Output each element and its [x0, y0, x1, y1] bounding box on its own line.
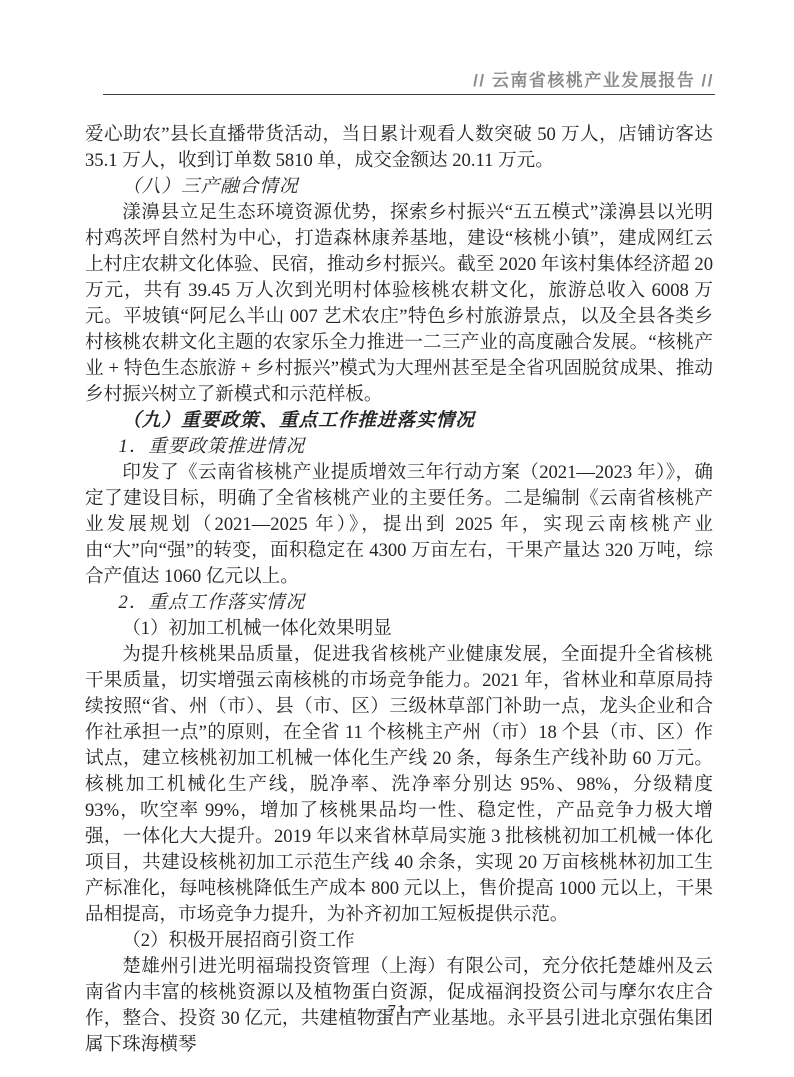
- report-page: // 云南省核桃产业发展报告 // 爱心助农”县长直播带货活动，当日累计观看人数…: [0, 0, 794, 1077]
- header-rule: [103, 94, 715, 95]
- section-heading-9: （九）重要政策、重点工作推进落实情况: [85, 408, 713, 434]
- paragraph: 印发了《云南省核桃产业提质增效三年行动方案（2021—2023 年）》，确定了建…: [85, 460, 713, 590]
- subheading-1: 1．重要政策推进情况: [85, 434, 713, 460]
- paragraph: 漾濞县立足生态环境资源优势，探索乡村振兴“五五模式”漾濞县以光明村鸡茨坪自然村为…: [85, 200, 713, 408]
- running-header-title: // 云南省核桃产业发展报告 //: [473, 66, 714, 91]
- subheading-2: 2．重点工作落实情况: [85, 590, 713, 616]
- section-heading-8: （八）三产融合情况: [85, 174, 713, 200]
- page-number: — 71 —: [0, 1001, 794, 1021]
- paragraph-continuation: 爱心助农”县长直播带货活动，当日累计观看人数突破 50 万人，店铺访客达 35.…: [85, 122, 713, 174]
- paragraph: 为提升核桃果品质量，促进我省核桃产业健康发展，全面提升全省核桃干果质量，切实增强…: [85, 642, 713, 928]
- document-body: 爱心助农”县长直播带货活动，当日累计观看人数突破 50 万人，店铺访客达 35.…: [85, 122, 713, 1058]
- sub-subheading-2: （2）积极开展招商引资工作: [85, 928, 713, 954]
- sub-subheading-1: （1）初加工机械一体化效果明显: [85, 616, 713, 642]
